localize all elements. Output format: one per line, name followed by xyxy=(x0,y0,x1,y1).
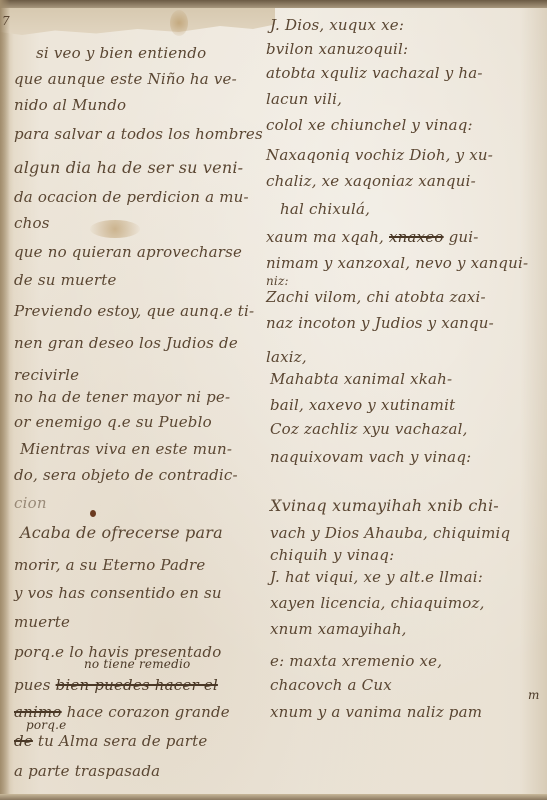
left-line-3: nido al Mundo xyxy=(14,96,126,114)
right-line-12: Zachi vilom, chi atobta zaxi- xyxy=(266,288,486,306)
right-line-16: bail, xaxevo y xutinamit xyxy=(270,396,455,414)
right-line-25: e: maxta xremenio xe, xyxy=(270,652,442,670)
ink-dot xyxy=(90,510,96,517)
right-line-2: bvilon xanuzoquil: xyxy=(266,40,408,58)
superscript-m: m xyxy=(528,688,540,702)
left-line-23: pues bien puedes hacer el xyxy=(14,676,218,694)
left-line-5: algun dia ha de ser su veni- xyxy=(14,158,243,177)
torn-paper-strip xyxy=(0,8,275,38)
left-line-9: de su muerte xyxy=(14,271,117,289)
right-line-13: naz incoton y Judios y xanqu- xyxy=(266,314,494,332)
folio-mark: 7 xyxy=(2,14,10,28)
right-line-18: naquixovam vach y vinaq: xyxy=(270,448,471,466)
correction-above-line-23: no tiene remedio xyxy=(84,657,190,671)
right-line-21: chiquih y vinaq: xyxy=(270,546,394,564)
right-line-3: atobta xquliz vachazal y ha- xyxy=(266,64,483,82)
left-line-17: cion xyxy=(14,494,47,512)
left-line-14: or enemigo q.e su Pueblo xyxy=(14,413,212,431)
left-line-21: muerte xyxy=(14,613,70,631)
right-line-20: vach y Dios Ahauba, chiquimiq xyxy=(270,524,510,542)
pues-word: pues xyxy=(14,676,56,694)
right-line-9: xaum ma xqah, xnaxeo gui- xyxy=(266,228,479,246)
right-line-10: nimam y xanzoxal, nevo y xanqui- xyxy=(266,254,528,272)
left-line-12: recivirle xyxy=(14,366,79,384)
stain-top xyxy=(170,10,188,36)
right-line-19: Xvinaq xumayihah xnib chi- xyxy=(270,496,499,515)
left-line-8: que no quieran aprovecharse xyxy=(14,243,242,261)
right-line-9-text: xaum ma xqah, xyxy=(266,228,389,246)
left-line-20: y vos has consentido en su xyxy=(14,584,222,602)
right-line-1: J. Dios, xuqux xe: xyxy=(270,16,404,34)
page-binding-edge xyxy=(0,0,10,800)
right-line-24: xnum xamayihah, xyxy=(270,620,407,638)
right-line-15: Mahabta xanimal xkah- xyxy=(270,370,452,388)
right-line-5: colol xe chiunchel y vinaq: xyxy=(266,116,473,134)
right-line-11: niz: xyxy=(266,274,289,288)
right-line-17: Coz zachliz xyu vachazal, xyxy=(270,420,468,438)
left-line-6: da ocacion de perdicion a mu- xyxy=(14,188,249,206)
correction-above-line-25: porq.e xyxy=(26,718,66,732)
left-line-4: para salvar a todos los hombres xyxy=(14,125,263,143)
struck-text-line-25: de xyxy=(14,732,33,750)
stain-left-mid xyxy=(90,220,140,238)
left-line-10: Previendo estoy, que aunq.e ti- xyxy=(14,302,254,320)
right-line-26: chacovch a Cux xyxy=(270,676,392,694)
page-top-edge xyxy=(0,0,547,8)
page-bottom-edge xyxy=(0,794,547,800)
right-line-7: chaliz, xe xaqoniaz xanqui- xyxy=(266,172,476,190)
left-line-18: Acaba de ofrecerse para xyxy=(20,523,223,542)
right-line-14: laxiz, xyxy=(266,348,307,366)
left-line-1: si veo y bien entiendo xyxy=(36,44,206,62)
left-line-7: chos xyxy=(14,214,50,232)
right-line-27: xnum y a vanima naliz pam xyxy=(270,703,482,721)
right-line-23: xayen licencia, chiaquimoz, xyxy=(270,594,485,612)
manuscript-page: 7 si veo y bien entiendo que aunque este… xyxy=(0,0,547,800)
left-line-25: de tu Alma sera de parte xyxy=(14,732,207,750)
right-line-22: J. hat viqui, xe y alt.e llmai: xyxy=(270,568,483,586)
right-line-9-end: gui- xyxy=(444,228,479,246)
left-line-16: do, sera objeto de contradic- xyxy=(14,466,238,484)
right-line-4: lacun vili, xyxy=(266,90,342,108)
struck-word-right: xnaxeo xyxy=(389,228,444,246)
left-line-2: que aunque este Niño ha ve- xyxy=(14,70,237,88)
left-line-15: Mientras viva en este mun- xyxy=(20,440,232,458)
right-line-6: Naxaqoniq vochiz Dioh, y xu- xyxy=(266,146,493,164)
left-line-24-text: hace corazon grande xyxy=(67,703,230,721)
left-line-19: morir, a su Eterno Padre xyxy=(14,556,205,574)
right-line-8: hal chixulá, xyxy=(280,200,370,218)
left-line-26: a parte traspasada xyxy=(14,762,160,780)
left-line-25-text: tu Alma sera de parte xyxy=(38,732,208,750)
left-line-11: nen gran deseo los Judios de xyxy=(14,334,238,352)
struck-text-line-23: bien puedes hacer el xyxy=(56,676,218,694)
left-line-13: no ha de tener mayor ni pe- xyxy=(14,388,230,406)
